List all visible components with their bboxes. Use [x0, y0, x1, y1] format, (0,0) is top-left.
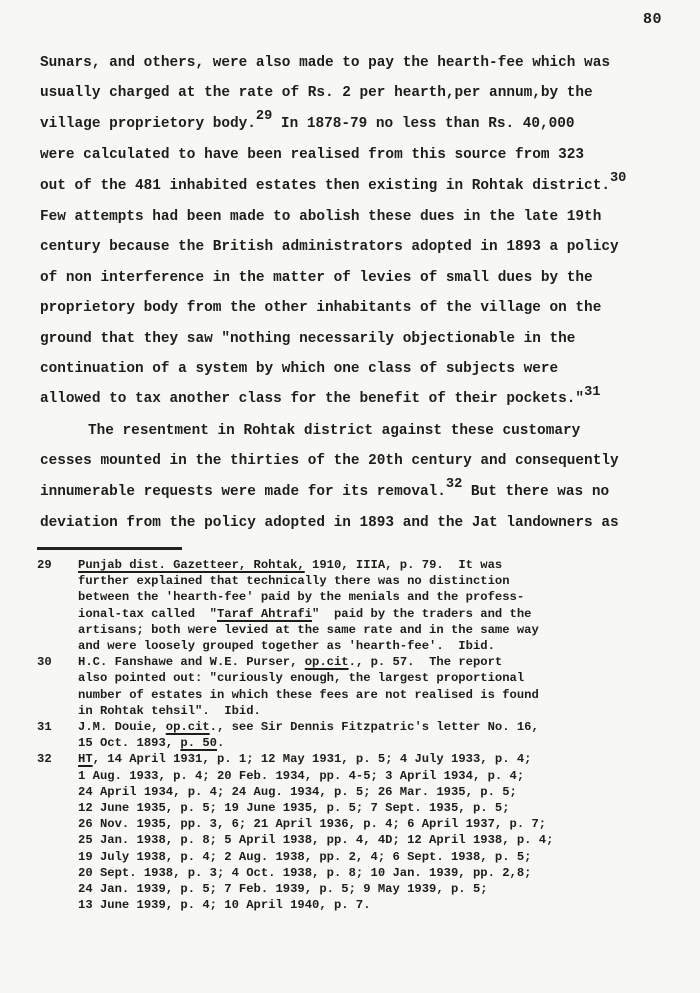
text-segment: " paid by the traders and the — [312, 607, 531, 621]
text-segment: innumerable requests were made for its r… — [40, 484, 446, 500]
text-segment: But there was no — [462, 484, 609, 500]
text-segment: number of estates in which these fees ar… — [78, 688, 539, 702]
text-segment: In 1878-79 no less than Rs. 40,000 — [272, 116, 574, 132]
text-segment: 24 April 1934, p. 4; 24 Aug. 1934, p. 5;… — [78, 785, 517, 799]
footnote-ref-marker: 31 — [584, 385, 600, 400]
text-segment: 20 Sept. 1938, p. 3; 4 Oct. 1938, p. 8; … — [78, 866, 531, 880]
text-segment: Taraf Ahtrafi — [217, 607, 312, 621]
text-segment: usually charged at the rate of Rs. 2 per… — [40, 85, 593, 101]
footnote-ref-marker: 32 — [446, 477, 462, 492]
text-segment: The resentment in Rohtak district agains… — [88, 423, 580, 439]
text-line: allowed to tax another class for the ben… — [40, 384, 670, 415]
text-line: Punjab dist. Gazetteer, Rohtak, 1910, II… — [78, 557, 677, 573]
text-segment: 24 Jan. 1939, p. 5; 7 Feb. 1939, p. 5; 9… — [78, 882, 488, 896]
text-segment: 1 Aug. 1933, p. 4; 20 Feb. 1934, pp. 4-5… — [78, 769, 524, 783]
text-line: cesses mounted in the thirties of the 20… — [40, 446, 670, 476]
text-line: of non interference in the matter of lev… — [40, 263, 670, 293]
text-line: 24 April 1934, p. 4; 24 Aug. 1934, p. 5;… — [78, 784, 677, 800]
footnote-text: H.C. Fanshawe and W.E. Purser, op.cit., … — [78, 654, 677, 719]
text-line: also pointed out: "curiously enough, the… — [78, 670, 677, 686]
text-line: artisans; both were levied at the same r… — [78, 622, 677, 638]
footnote: 30H.C. Fanshawe and W.E. Purser, op.cit.… — [37, 654, 677, 719]
text-segment: deviation from the policy adopted in 189… — [40, 515, 619, 531]
text-segment: 1910, IIIA, p. 79. It was — [305, 558, 502, 572]
footnote: 29Punjab dist. Gazetteer, Rohtak, 1910, … — [37, 557, 677, 654]
footnote-number: 31 — [37, 719, 78, 751]
text-line: village proprietory body.29 In 1878-79 n… — [40, 109, 670, 140]
text-line: H.C. Fanshawe and W.E. Purser, op.cit., … — [78, 654, 677, 670]
text-line: between the 'hearth-fee' paid by the men… — [78, 589, 677, 605]
text-segment: Sunars, and others, were also made to pa… — [40, 55, 610, 71]
text-line: 20 Sept. 1938, p. 3; 4 Oct. 1938, p. 8; … — [78, 865, 677, 881]
text-segment: proprietory body from the other inhabita… — [40, 300, 601, 316]
text-line: 12 June 1935, p. 5; 19 June 1935, p. 5; … — [78, 800, 677, 816]
text-segment: Few attempts had been made to abolish th… — [40, 209, 601, 225]
footnote-text: HT, 14 April 1931, p. 1; 12 May 1931, p.… — [78, 751, 677, 913]
text-segment: J.M. Douie, — [78, 720, 166, 734]
footnote: 31J.M. Douie, op.cit., see Sir Dennis Fi… — [37, 719, 677, 751]
footnote-separator-rule — [37, 547, 182, 550]
footnote-number: 32 — [37, 751, 78, 913]
text-segment: out of the 481 inhabited estates then ex… — [40, 178, 610, 194]
text-segment: ., p. 57. The report — [349, 655, 503, 669]
text-line: 24 Jan. 1939, p. 5; 7 Feb. 1939, p. 5; 9… — [78, 881, 677, 897]
text-segment: further explained that technically there… — [78, 574, 510, 588]
text-line: were calculated to have been realised fr… — [40, 140, 670, 170]
text-line: 25 Jan. 1938, p. 8; 5 April 1938, pp. 4,… — [78, 832, 677, 848]
text-segment: artisans; both were levied at the same r… — [78, 623, 539, 637]
text-line: century because the British administrato… — [40, 232, 670, 262]
text-segment: 12 June 1935, p. 5; 19 June 1935, p. 5; … — [78, 801, 510, 815]
text-segment: 25 Jan. 1938, p. 8; 5 April 1938, pp. 4,… — [78, 833, 553, 847]
text-segment: , 14 April 1931, p. 1; 12 May 1931, p. 5… — [93, 752, 532, 766]
text-line: 26 Nov. 1935, pp. 3, 6; 21 April 1936, p… — [78, 816, 677, 832]
text-line: further explained that technically there… — [78, 573, 677, 589]
text-segment: 26 Nov. 1935, pp. 3, 6; 21 April 1936, p… — [78, 817, 546, 831]
text-segment: in Rohtak tehsil". Ibid. — [78, 704, 261, 718]
text-line: 15 Oct. 1893, p. 50. — [78, 735, 677, 751]
text-line: deviation from the policy adopted in 189… — [40, 508, 670, 538]
text-segment: were calculated to have been realised fr… — [40, 147, 584, 163]
text-segment: ional-tax called " — [78, 607, 217, 621]
text-segment: cesses mounted in the thirties of the 20… — [40, 453, 619, 469]
text-line: 13 June 1939, p. 4; 10 April 1940, p. 7. — [78, 897, 677, 913]
footnote-text: J.M. Douie, op.cit., see Sir Dennis Fitz… — [78, 719, 677, 751]
text-line: The resentment in Rohtak district agains… — [40, 416, 670, 446]
footnote-ref-marker: 29 — [256, 109, 272, 124]
text-segment: of non interference in the matter of lev… — [40, 270, 593, 286]
text-line: proprietory body from the other inhabita… — [40, 293, 670, 323]
page-number: 80 — [643, 11, 662, 28]
text-line: HT, 14 April 1931, p. 1; 12 May 1931, p.… — [78, 751, 677, 767]
body-text: Sunars, and others, were also made to pa… — [40, 48, 670, 539]
text-segment: continuation of a system by which one cl… — [40, 361, 558, 377]
text-segment: 19 July 1938, p. 4; 2 Aug. 1938, pp. 2, … — [78, 850, 531, 864]
text-line: 1 Aug. 1933, p. 4; 20 Feb. 1934, pp. 4-5… — [78, 768, 677, 784]
text-line: ional-tax called "Taraf Ahtrafi" paid by… — [78, 606, 677, 622]
text-line: number of estates in which these fees ar… — [78, 687, 677, 703]
text-segment: also pointed out: "curiously enough, the… — [78, 671, 524, 685]
text-segment: HT — [78, 752, 93, 766]
text-segment: village proprietory body. — [40, 116, 256, 132]
footnote-number: 30 — [37, 654, 78, 719]
text-segment: op.cit — [305, 655, 349, 669]
text-line: 19 July 1938, p. 4; 2 Aug. 1938, pp. 2, … — [78, 849, 677, 865]
scanned-document-page: 80 Sunars, and others, were also made to… — [0, 0, 700, 993]
text-segment: allowed to tax another class for the ben… — [40, 391, 584, 407]
footnote: 32HT, 14 April 1931, p. 1; 12 May 1931, … — [37, 751, 677, 913]
text-line: continuation of a system by which one cl… — [40, 354, 670, 384]
text-segment: H.C. Fanshawe and W.E. Purser, — [78, 655, 305, 669]
text-line: innumerable requests were made for its r… — [40, 477, 670, 508]
footnote-number: 29 — [37, 557, 78, 654]
text-segment: Punjab dist. Gazetteer, Rohtak, — [78, 558, 305, 572]
text-segment: p. 50 — [180, 736, 217, 750]
footnote-ref-marker: 30 — [610, 171, 626, 186]
text-line: Few attempts had been made to abolish th… — [40, 202, 670, 232]
text-line: in Rohtak tehsil". Ibid. — [78, 703, 677, 719]
text-segment: and were loosely grouped together as 'he… — [78, 639, 495, 653]
text-line: ground that they saw "nothing necessaril… — [40, 324, 670, 354]
text-segment: 15 Oct. 1893, — [78, 736, 180, 750]
text-line: out of the 481 inhabited estates then ex… — [40, 171, 670, 202]
text-segment: ., see Sir Dennis Fitzpatric's letter No… — [210, 720, 539, 734]
footnotes-section: 29Punjab dist. Gazetteer, Rohtak, 1910, … — [37, 557, 677, 913]
text-line: usually charged at the rate of Rs. 2 per… — [40, 78, 670, 108]
text-segment: ground that they saw "nothing necessaril… — [40, 331, 575, 347]
text-segment: op.cit — [166, 720, 210, 734]
text-line: Sunars, and others, were also made to pa… — [40, 48, 670, 78]
text-segment: century because the British administrato… — [40, 239, 619, 255]
text-line: J.M. Douie, op.cit., see Sir Dennis Fitz… — [78, 719, 677, 735]
text-segment: 13 June 1939, p. 4; 10 April 1940, p. 7. — [78, 898, 371, 912]
text-segment: between the 'hearth-fee' paid by the men… — [78, 590, 524, 604]
footnote-text: Punjab dist. Gazetteer, Rohtak, 1910, II… — [78, 557, 677, 654]
text-segment: . — [217, 736, 224, 750]
text-line: and were loosely grouped together as 'he… — [78, 638, 677, 654]
